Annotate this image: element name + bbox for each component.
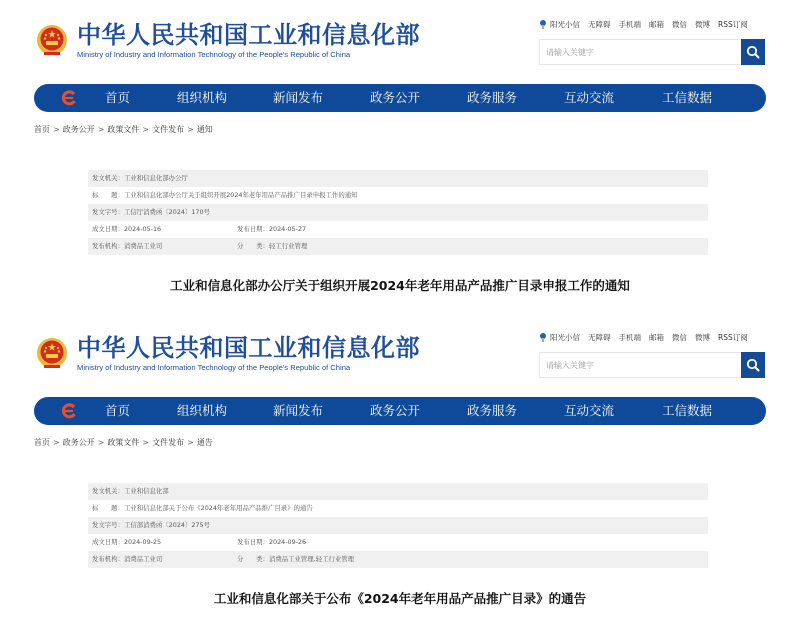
search-box xyxy=(539,352,765,378)
search-input[interactable] xyxy=(540,353,740,377)
breadcrumb-separator: > xyxy=(187,438,194,447)
meta-label: 成文日期： xyxy=(92,225,124,233)
search-button[interactable] xyxy=(741,352,765,378)
page-screenshot-announcement: 中华人民共和国工业和信息化部 Ministry of Industry and … xyxy=(0,313,800,626)
toplink-mail[interactable]: 邮箱 xyxy=(649,332,664,343)
toplink-mobile[interactable]: 手机端 xyxy=(619,332,642,343)
toplink-rss[interactable]: RSS订阅 xyxy=(718,332,748,343)
nav-gov-services[interactable]: 政务服务 xyxy=(467,84,517,112)
site-name-cn: 中华人民共和国工业和信息化部 xyxy=(77,335,420,361)
top-links: 阳光小信 无障碍 手机端 邮箱 微信 微博 RSS订阅 xyxy=(539,19,748,30)
site-logo[interactable]: 中华人民共和国工业和信息化部 Ministry of Industry and … xyxy=(35,22,420,59)
meta-value: 工业和信息化部 xyxy=(124,487,169,495)
breadcrumb-current[interactable]: 通知 xyxy=(197,125,213,134)
meta-row-title: 标 题：工业和信息化部办公厅关于组织开展2024年老年用品产品推广目录申报工作的… xyxy=(88,187,708,204)
breadcrumb: 首页>政务公开>政策文件>文件发布>通告 xyxy=(34,437,213,448)
toplink-mail[interactable]: 邮箱 xyxy=(649,19,664,30)
meta-row-docno: 发文字号：工信部消费函〔2024〕275号 xyxy=(88,517,708,534)
breadcrumb-separator: > xyxy=(142,125,149,134)
meta-row-dates: 成文日期：2024-05-16 发布日期：2024-05-27 xyxy=(88,221,708,238)
meta-label: 标 题： xyxy=(92,504,124,512)
meta-value: 消费品工业司 xyxy=(124,242,162,250)
nav-gov-affairs[interactable]: 政务公开 xyxy=(370,84,420,112)
breadcrumb-separator: > xyxy=(187,125,194,134)
breadcrumb-separator: > xyxy=(53,438,60,447)
meta-label: 发布机构： xyxy=(92,555,124,563)
meta-value: 2024-09-25 xyxy=(124,538,161,546)
nav-logo-icon xyxy=(61,90,77,106)
meta-row-issuer: 发文机关：工业和信息化部办公厅 xyxy=(88,170,708,187)
breadcrumb-release[interactable]: 文件发布 xyxy=(152,125,184,134)
meta-value: 2024-05-16 xyxy=(124,225,161,233)
national-emblem-icon xyxy=(35,337,69,371)
search-box xyxy=(539,39,765,65)
breadcrumb-home[interactable]: 首页 xyxy=(34,125,50,134)
nav-interaction[interactable]: 互动交流 xyxy=(564,84,614,112)
meta-label: 发文机关： xyxy=(92,487,124,495)
document-title: 工业和信息化部关于公布《2024年老年用品产品推广目录》的通告 xyxy=(0,589,800,607)
meta-row-agency: 发布机构：消费品工业司 分 类：轻工行业管理 xyxy=(88,238,708,255)
nav-news[interactable]: 新闻发布 xyxy=(273,397,323,425)
toplink-sunshine[interactable]: 阳光小信 xyxy=(550,332,580,343)
meta-value: 工信部消费函〔2024〕275号 xyxy=(124,521,210,529)
toplink-mobile[interactable]: 手机端 xyxy=(619,19,642,30)
top-links: 阳光小信 无障碍 手机端 邮箱 微信 微博 RSS订阅 xyxy=(539,332,748,343)
toplink-weibo[interactable]: 微博 xyxy=(695,19,710,30)
meta-label: 分 类： xyxy=(237,555,269,563)
nav-logo-icon xyxy=(61,403,77,419)
nav-news[interactable]: 新闻发布 xyxy=(273,84,323,112)
meta-label: 分 类： xyxy=(237,242,269,250)
document-meta-table: 发文机关：工业和信息化部办公厅 标 题：工业和信息化部办公厅关于组织开展2024… xyxy=(88,170,708,255)
search-icon xyxy=(746,45,760,59)
toplink-accessibility[interactable]: 无障碍 xyxy=(588,332,611,343)
breadcrumb-separator: > xyxy=(98,438,105,447)
toplink-wechat[interactable]: 微信 xyxy=(672,332,687,343)
meta-label: 发布日期： xyxy=(237,225,269,233)
meta-label: 发文机关： xyxy=(92,174,124,182)
meta-value: 轻工行业管理 xyxy=(269,242,307,250)
document-meta-table: 发文机关：工业和信息化部 标 题：工业和信息化部关于公布《2024年老年用品产品… xyxy=(88,483,708,568)
toplink-sunshine[interactable]: 阳光小信 xyxy=(550,19,580,30)
main-nav: 首页 组织机构 新闻发布 政务公开 政务服务 互动交流 工信数据 xyxy=(34,84,766,112)
meta-value: 2024-05-27 xyxy=(269,225,306,233)
main-nav: 首页 组织机构 新闻发布 政务公开 政务服务 互动交流 工信数据 xyxy=(34,397,766,425)
meta-value: 工信厅消费函〔2024〕170号 xyxy=(124,208,210,216)
site-name-en: Ministry of Industry and Information Tec… xyxy=(77,50,420,59)
meta-row-issuer: 发文机关：工业和信息化部 xyxy=(88,483,708,500)
nav-interaction[interactable]: 互动交流 xyxy=(564,397,614,425)
document-title: 工业和信息化部办公厅关于组织开展2024年老年用品产品推广目录申报工作的通知 xyxy=(0,276,800,294)
breadcrumb-separator: > xyxy=(53,125,60,134)
search-button[interactable] xyxy=(741,39,765,65)
meta-label: 发布机构： xyxy=(92,242,124,250)
breadcrumb-separator: > xyxy=(142,438,149,447)
breadcrumb-current[interactable]: 通告 xyxy=(197,438,213,447)
breadcrumb-gov-affairs[interactable]: 政务公开 xyxy=(63,438,95,447)
meta-label: 成文日期： xyxy=(92,538,124,546)
nav-home[interactable]: 首页 xyxy=(105,84,130,112)
nav-gov-affairs[interactable]: 政务公开 xyxy=(370,397,420,425)
nav-organization[interactable]: 组织机构 xyxy=(177,84,227,112)
meta-value: 2024-09-26 xyxy=(269,538,306,546)
pin-icon xyxy=(539,333,547,343)
meta-label: 发文字号： xyxy=(92,521,124,529)
breadcrumb-separator: > xyxy=(98,125,105,134)
meta-value: 工业和信息化部关于公布《2024年老年用品产品推广目录》的通告 xyxy=(124,504,313,512)
pin-icon xyxy=(539,20,547,30)
nav-gov-services[interactable]: 政务服务 xyxy=(467,397,517,425)
toplink-rss[interactable]: RSS订阅 xyxy=(718,19,748,30)
toplink-weibo[interactable]: 微博 xyxy=(695,332,710,343)
site-name-en: Ministry of Industry and Information Tec… xyxy=(77,363,420,372)
toplink-wechat[interactable]: 微信 xyxy=(672,19,687,30)
meta-row-agency: 发布机构：消费品工业司 分 类：消费品工业管理,轻工行业管理 xyxy=(88,551,708,568)
breadcrumb-policy[interactable]: 政策文件 xyxy=(107,125,139,134)
site-name-cn: 中华人民共和国工业和信息化部 xyxy=(77,22,420,48)
breadcrumb-home[interactable]: 首页 xyxy=(34,438,50,447)
nav-home[interactable]: 首页 xyxy=(105,397,130,425)
meta-label: 标 题： xyxy=(92,191,124,199)
meta-value: 消费品工业司 xyxy=(124,555,162,563)
site-logo[interactable]: 中华人民共和国工业和信息化部 Ministry of Industry and … xyxy=(35,335,420,372)
meta-label: 发文字号： xyxy=(92,208,124,216)
meta-row-docno: 发文字号：工信厅消费函〔2024〕170号 xyxy=(88,204,708,221)
breadcrumb-release[interactable]: 文件发布 xyxy=(152,438,184,447)
breadcrumb-policy[interactable]: 政策文件 xyxy=(107,438,139,447)
search-input[interactable] xyxy=(540,40,740,64)
national-emblem-icon xyxy=(35,24,69,58)
nav-data[interactable]: 工信数据 xyxy=(662,397,712,425)
meta-value: 消费品工业管理,轻工行业管理 xyxy=(269,555,354,563)
meta-value: 工业和信息化部办公厅 xyxy=(124,174,188,182)
search-icon xyxy=(746,358,760,372)
page-screenshot-notice: 中华人民共和国工业和信息化部 Ministry of Industry and … xyxy=(0,0,800,313)
nav-organization[interactable]: 组织机构 xyxy=(177,397,227,425)
breadcrumb-gov-affairs[interactable]: 政务公开 xyxy=(63,125,95,134)
nav-data[interactable]: 工信数据 xyxy=(662,84,712,112)
meta-label: 发布日期： xyxy=(237,538,269,546)
breadcrumb: 首页>政务公开>政策文件>文件发布>通知 xyxy=(34,124,213,135)
meta-row-title: 标 题：工业和信息化部关于公布《2024年老年用品产品推广目录》的通告 xyxy=(88,500,708,517)
toplink-accessibility[interactable]: 无障碍 xyxy=(588,19,611,30)
meta-row-dates: 成文日期：2024-09-25 发布日期：2024-09-26 xyxy=(88,534,708,551)
meta-value: 工业和信息化部办公厅关于组织开展2024年老年用品产品推广目录申报工作的通知 xyxy=(124,191,358,199)
